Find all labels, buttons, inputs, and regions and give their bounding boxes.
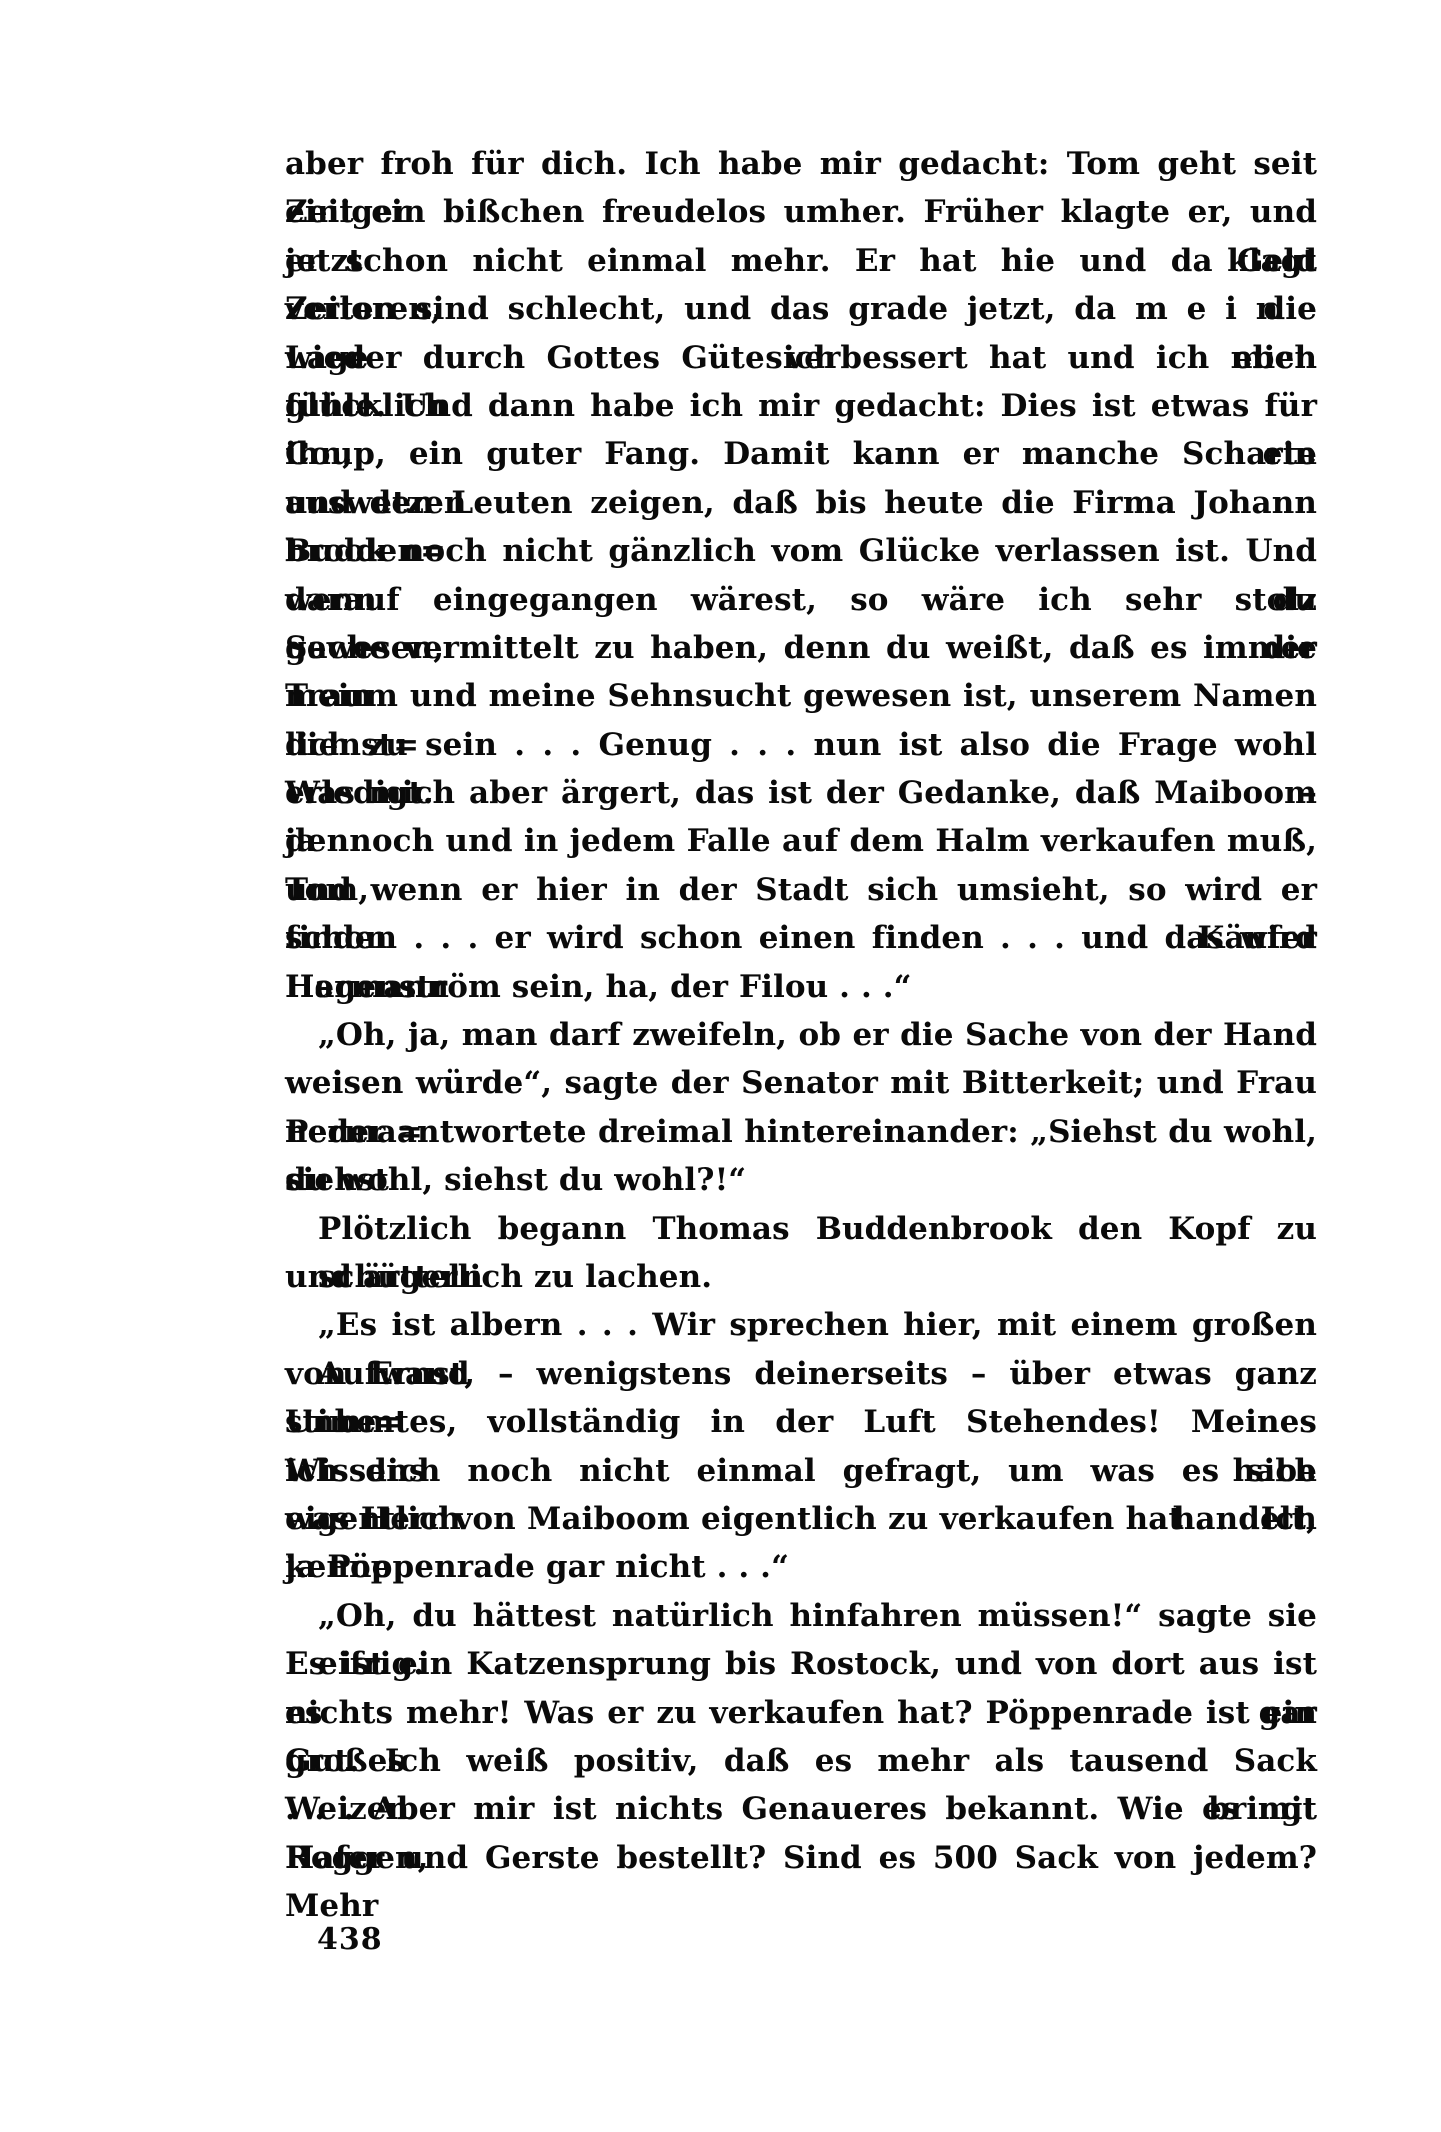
text-line-content: Hafer und Gerste bestellt? Sind es 500 S…	[285, 1834, 1317, 1931]
text-line: er schon nicht einmal mehr. Er hat hie u…	[285, 237, 1317, 285]
text-line: wieder durch Gottes Güte verbessert hat …	[285, 334, 1317, 382]
text-line: ich dich noch nicht einmal gefragt, um w…	[285, 1447, 1317, 1495]
text-line: weisen würde“, sagte der Senator mit Bit…	[285, 1059, 1317, 1107]
text-line: nichts mehr! Was er zu verkaufen hat? Pö…	[285, 1689, 1317, 1737]
text-line: Zeit ein bißchen freudelos umher. Früher…	[285, 188, 1317, 236]
text-line: aber froh für dich. Ich habe mir gedacht…	[285, 140, 1317, 188]
text-line-content: „Oh, ja, man darf zweifeln, ob er die Sa…	[318, 1011, 1317, 1059]
text-line: stimmtes, vollständig in der Luft Stehen…	[285, 1398, 1317, 1446]
text-line: . . . Aber mir ist nichts Genaueres beka…	[285, 1785, 1317, 1833]
text-line: darauf eingegangen wärest, so wäre ich s…	[285, 576, 1317, 624]
text-line: fühle. Und dann habe ich mir gedacht: Di…	[285, 382, 1317, 430]
text-line: Es ist ein Katzensprung bis Rostock, und…	[285, 1640, 1317, 1688]
text-line-content: ja Pöppenrade gar nicht . . .“	[285, 1543, 1317, 1591]
text-line: du wohl, siehst du wohl?!“	[285, 1156, 1317, 1204]
text-line: Hafer und Gerste bestellt? Sind es 500 S…	[285, 1834, 1317, 1882]
text-line: finden . . . er wird schon einen finden …	[285, 914, 1317, 962]
text-line: ja Pöppenrade gar nicht . . .“	[285, 1543, 1317, 1591]
text-line: was Herr von Maiboom eigentlich zu verka…	[285, 1495, 1317, 1543]
text-line: brook noch nicht gänzlich vom Glücke ver…	[285, 527, 1317, 575]
text-line: „Es ist albern . . . Wir sprechen hier, …	[285, 1301, 1317, 1349]
text-line: und wenn er hier in der Stadt sich umsie…	[285, 866, 1317, 914]
text-line: und den Leuten zeigen, daß bis heute die…	[285, 479, 1317, 527]
text-line: „Oh, du hättest natürlich hinfahren müss…	[285, 1592, 1317, 1640]
text-line-content: du wohl, siehst du wohl?!“	[285, 1156, 1317, 1204]
text-line-content: Hagenström sein, ha, der Filou . . .“	[285, 963, 1317, 1011]
text-line: Coup, ein guter Fang. Damit kann er manc…	[285, 430, 1317, 478]
text-line-content: und ärgerlich zu lachen.	[285, 1253, 1317, 1301]
text-line: lich zu sein . . . Genug . . . nun ist a…	[285, 721, 1317, 769]
text-line: dennoch und in jedem Falle auf dem Halm …	[285, 817, 1317, 865]
text-line: Hagenström sein, ha, der Filou . . .“	[285, 963, 1317, 1011]
text-line: und ärgerlich zu lachen.	[285, 1253, 1317, 1301]
text-line: Traum und meine Sehnsucht gewesen ist, u…	[285, 672, 1317, 720]
text-line: „Oh, ja, man darf zweifeln, ob er die Sa…	[285, 1011, 1317, 1059]
text-line: Gut. Ich weiß positiv, daß es mehr als t…	[285, 1737, 1317, 1785]
text-line: von Ernst, – wenigstens deinerseits – üb…	[285, 1350, 1317, 1398]
text-line: neder antwortete dreimal hintereinander:…	[285, 1108, 1317, 1156]
text-line: Plötzlich begann Thomas Buddenbrook den …	[285, 1205, 1317, 1253]
text-line: Sache vermittelt zu haben, denn du weißt…	[285, 624, 1317, 672]
book-page: aber froh für dich. Ich habe mir gedacht…	[0, 0, 1441, 2132]
page-number: 438	[317, 1922, 383, 1957]
body-text: aber froh für dich. Ich habe mir gedacht…	[285, 140, 1317, 1882]
text-line: Zeiten sind schlecht, und das grade jetz…	[285, 285, 1317, 333]
text-line: Was mich aber ärgert, das ist der Gedank…	[285, 769, 1317, 817]
